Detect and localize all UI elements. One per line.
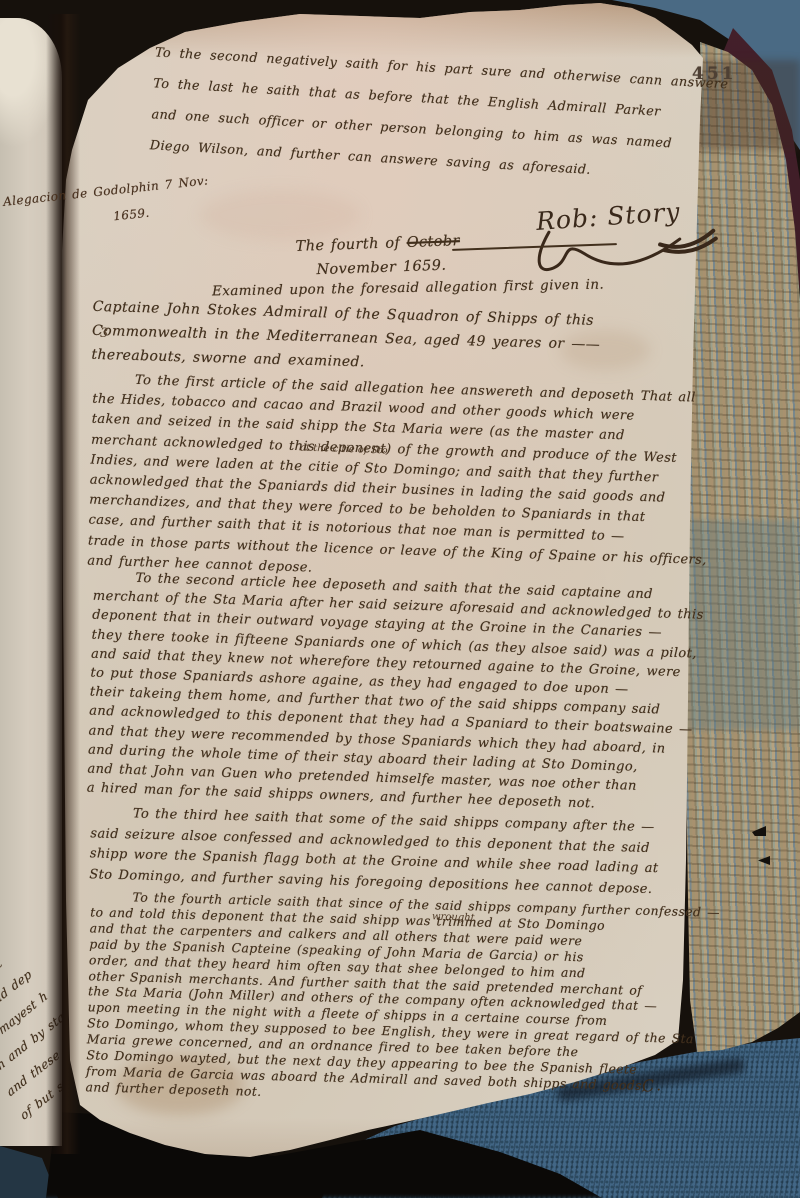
- catchword-mark: C.: [641, 1075, 664, 1096]
- heading-block: The fourth of Octobr November 1659.: [295, 229, 461, 283]
- interlineation-article-4: wrought: [432, 911, 475, 923]
- margin-numeral: 3: [100, 326, 108, 341]
- heading-month-line: November 1659.: [316, 253, 461, 282]
- deposition-article-3: To the third hee saith that some of the …: [89, 803, 756, 902]
- heading-date-prefix: The fourth of: [295, 235, 407, 255]
- manuscript-photo: at andnot takenor dompthis said depwe ma…: [0, 0, 800, 1198]
- deposition-article-1: To the first article of the said allegat…: [87, 370, 758, 593]
- deposition-article-2: To the second article hee deposeth and s…: [87, 568, 759, 819]
